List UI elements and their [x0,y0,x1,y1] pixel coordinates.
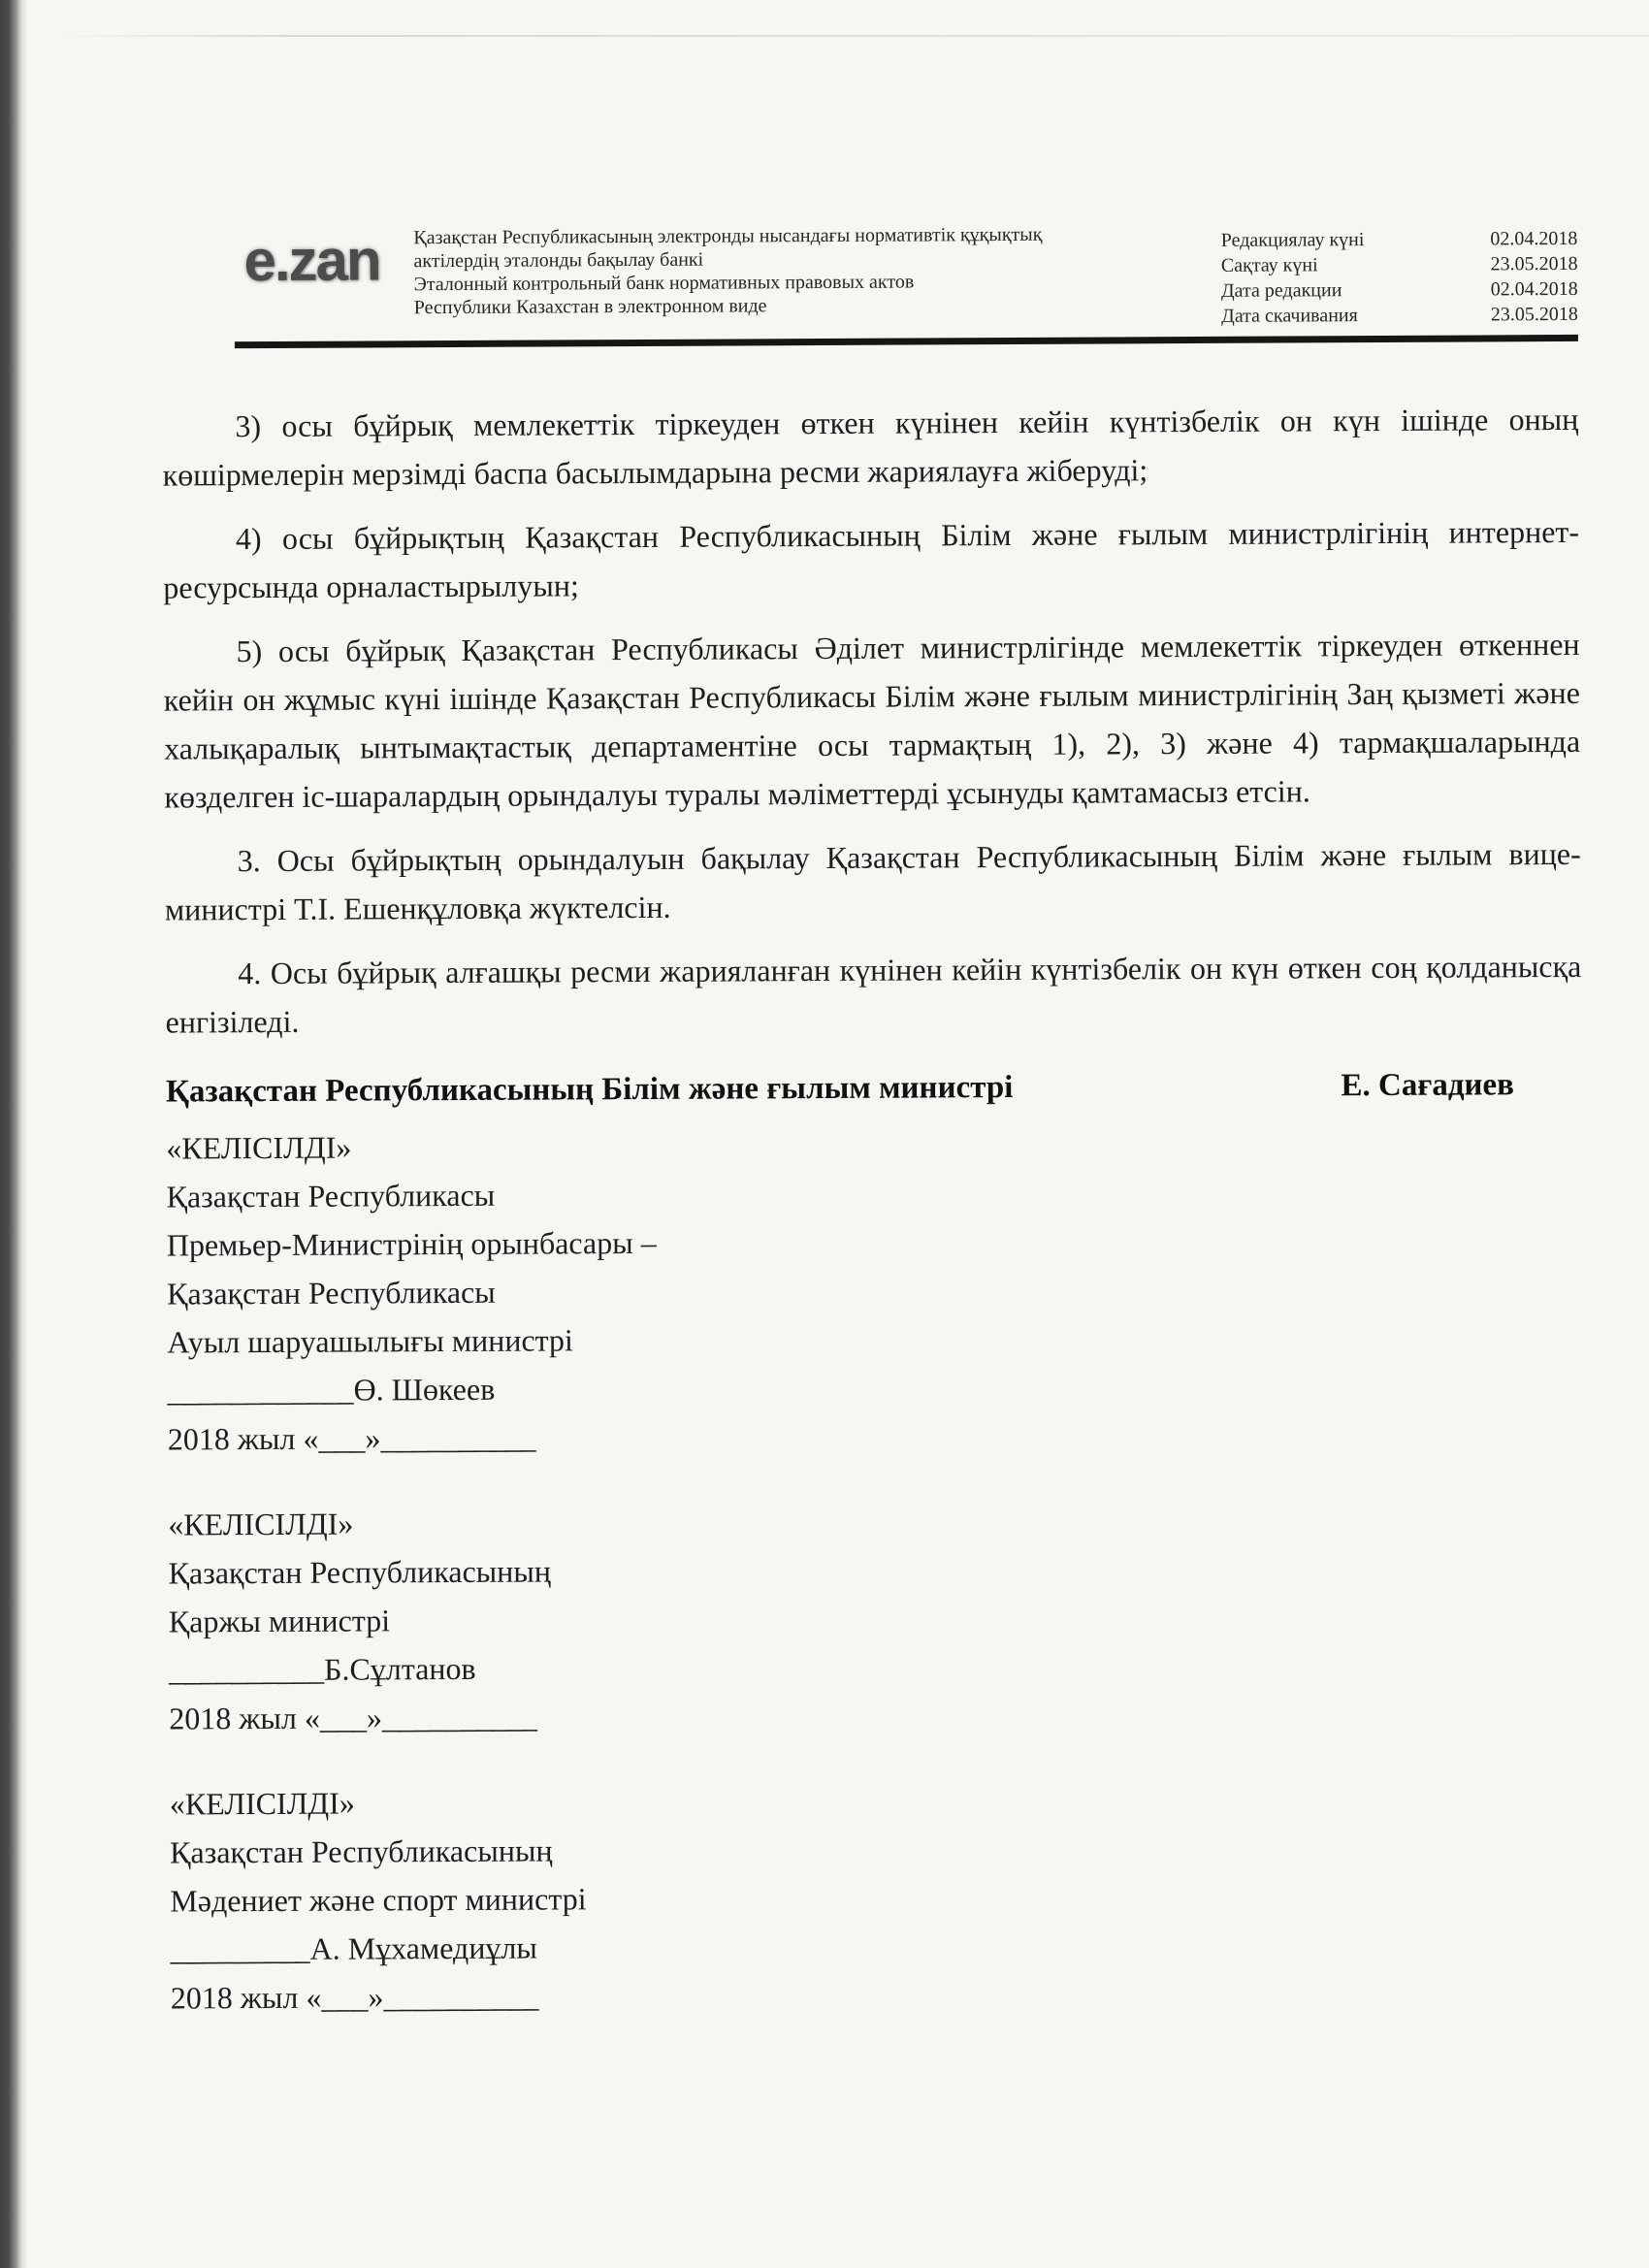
meta-label: Дата редакции [1221,277,1365,304]
approval-date-line: 2018 жыл «___»__________ [171,1966,1587,2023]
minister-signature-name: Е. Сағадиев [1341,1060,1514,1110]
approval-heading: «КЕЛІСІЛДІ» [170,1772,1586,1829]
scanned-document-page: e.zan Қазақстан Республикасының электрон… [0,0,1649,2268]
document-meta: Редакциялау күні 02.04.2018 Сақтау күні … [1221,216,1578,329]
meta-value: 23.05.2018 [1490,251,1577,276]
approval-line: Қаржы министрі [169,1590,1585,1646]
org-line: Республики Казахстан в электронном виде [414,292,1180,319]
meta-label: Сақтау күні [1221,252,1365,278]
approval-block: «КЕЛІСІЛДІ» Қазақстан Республикасы Премь… [166,1117,1584,1464]
header-divider [235,335,1578,348]
minister-signature-row: Қазақстан Республикасының Білім және ғыл… [166,1060,1582,1117]
document-header: e.zan Қазақстан Республикасының электрон… [0,0,1646,335]
body-paragraph: 5) осы бұйрық Қазақстан Республикасы Әді… [163,620,1580,822]
approval-heading: «КЕЛІСІЛДІ» [166,1117,1582,1173]
approval-date-line: 2018 жыл «___»__________ [168,1408,1584,1464]
approval-line: Ауыл шаруашылығы министрі [167,1311,1583,1367]
approval-line: Қазақстан Республикасы [166,1165,1582,1221]
approval-block: «КЕЛІСІЛДІ» Қазақстан Республикасының Қа… [168,1493,1585,1743]
org-description: Қазақстан Республикасының электронды ныс… [413,218,1180,319]
meta-value: 23.05.2018 [1491,302,1578,327]
approval-line: Қазақстан Республикасы [167,1262,1583,1318]
minister-title: Қазақстан Республикасының Білім және ғыл… [166,1063,1014,1117]
body-paragraph: 4) осы бұйрықтың Қазақстан Республикасын… [163,507,1580,612]
approval-heading: «КЕЛІСІЛДІ» [168,1493,1584,1549]
approval-signature-line: ____________Ө. Шөкеев [167,1359,1583,1415]
meta-value: 02.04.2018 [1491,276,1578,302]
approval-line: Қазақстан Республикасының [168,1541,1584,1598]
body-paragraph: 3. Осы бұйрықтың орындалуын бақылау Қаза… [165,829,1582,934]
document-body: 3) осы бұйрық мемлекеттік тіркеуден өтке… [0,395,1649,2024]
meta-value: 02.04.2018 [1490,226,1577,251]
approval-signature-line: _________А. Мұхамедиұлы [170,1918,1586,1974]
approval-line: Премьер-Министрінің орынбасары – [167,1214,1583,1270]
body-paragraph: 3) осы бұйрық мемлекеттік тіркеуден өтке… [162,395,1579,500]
meta-label: Дата скачивания [1221,303,1365,329]
approval-block: «КЕЛІСІЛДІ» Қазақстан Республикасының Мә… [170,1772,1587,2023]
approval-line: Қазақстан Республикасының [170,1821,1586,1877]
ezan-logo: e.zan [243,230,413,291]
approval-date-line: 2018 жыл «___»__________ [169,1687,1585,1743]
page-content: e.zan Қазақстан Республикасының электрон… [0,0,1649,2268]
meta-label: Редакциялау күні [1221,227,1365,253]
approval-signature-line: __________Б.Сұлтанов [169,1638,1585,1695]
body-paragraph: 4. Осы бұйрық алғашқы ресми жарияланған … [165,942,1582,1047]
approval-line: Мәдениет және спорт министрі [170,1869,1586,1926]
